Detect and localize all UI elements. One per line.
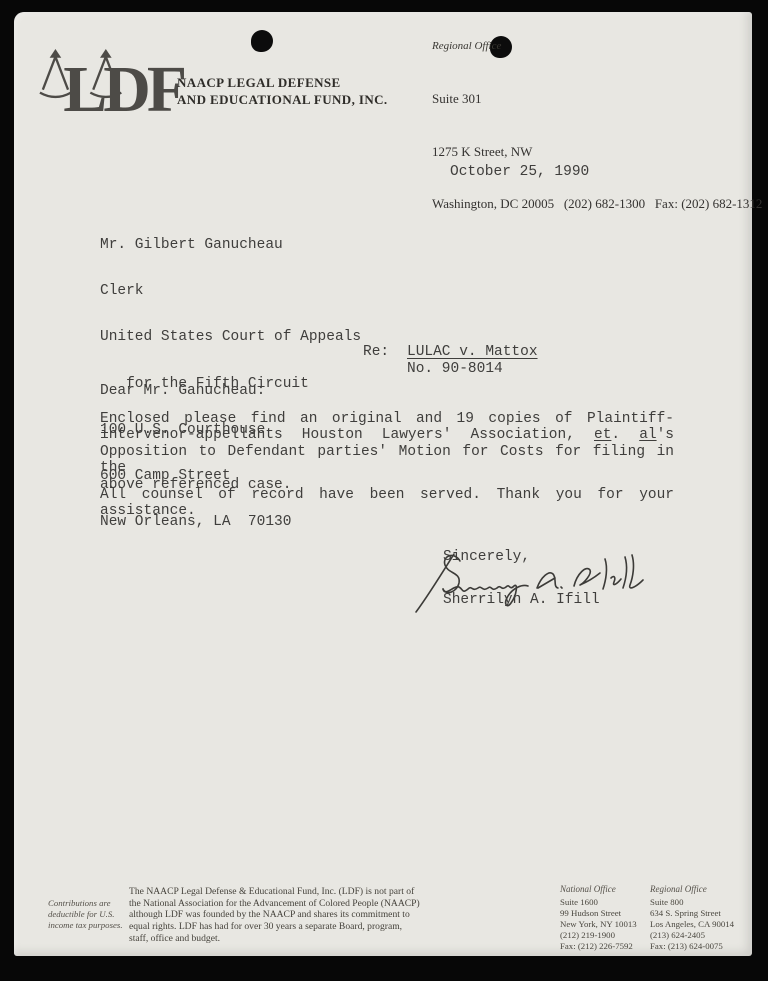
tax-note-line: deductible for U.S. [48, 909, 123, 920]
re-label: Re: [363, 344, 389, 360]
regional-office-fax: Fax: (213) 624-0075 [650, 941, 734, 952]
hole-punch-left [251, 30, 273, 52]
regional-office-street: 1275 K Street, NW [432, 143, 762, 161]
logo-letters: LDF [63, 53, 185, 120]
recipient-title: Clerk [100, 284, 361, 298]
regional-office-suite: Suite 301 [432, 90, 762, 108]
footer-national-office: National Office Suite 1600 99 Hudson Str… [560, 884, 637, 952]
paragraph-line: Opposition to Defendant parties' Motion … [100, 444, 674, 477]
body-paragraph-2: All counsel of record have been served. … [100, 487, 674, 520]
letter-page: LDF NAACP LEGAL DEFENSE AND EDUCATIONAL … [14, 12, 752, 956]
letter-date: October 25, 1990 [450, 164, 589, 180]
scales-of-justice-icon: LDF [38, 42, 193, 120]
salutation: Dear Mr. Ganucheau: [100, 383, 265, 399]
handwritten-signature [412, 546, 670, 621]
national-office-suite: Suite 1600 [560, 897, 637, 908]
regional-office-city-phone: Washington, DC 20005 (202) 682-1300 Fax:… [432, 195, 762, 213]
national-office-fax: Fax: (212) 226-7592 [560, 941, 637, 952]
re-case-number: No. 90-8014 [407, 361, 503, 377]
footer-tax-note: Contributions are deductible for U.S. in… [48, 898, 123, 931]
regional-office-label: Regional Office [432, 40, 762, 52]
org-name-line2: AND EDUCATIONAL FUND, INC. [177, 91, 388, 108]
re-case-name: LULAC v. Mattox [407, 344, 538, 360]
tax-note-line: income tax purposes. [48, 920, 123, 931]
national-office-street: 99 Hudson Street [560, 908, 637, 919]
recipient-name: Mr. Gilbert Ganucheau [100, 238, 361, 252]
regional-office-street: 634 S. Spring Street [650, 908, 734, 919]
footer-regional-office: Regional Office Suite 800 634 S. Spring … [650, 884, 734, 952]
org-name: NAACP LEGAL DEFENSE AND EDUCATIONAL FUND… [177, 74, 388, 108]
regional-office-footer-label: Regional Office [650, 884, 734, 894]
national-office-label: National Office [560, 884, 637, 894]
paragraph-line: assistance. [100, 503, 674, 519]
scanned-letter: LDF NAACP LEGAL DEFENSE AND EDUCATIONAL … [0, 0, 768, 981]
body-paragraph-1: Enclosed please find an original and 19 … [100, 411, 674, 493]
paragraph-line: Enclosed please find an original and 19 … [100, 411, 674, 427]
regional-office-phone: (213) 624-2405 [650, 930, 734, 941]
recipient-court: United States Court of Appeals [100, 330, 361, 344]
typed-signature-name: Sherrilyn A. Ifill [443, 592, 600, 608]
national-office-phone: (212) 219-1900 [560, 930, 637, 941]
regional-office-city: Los Angeles, CA 90014 [650, 919, 734, 930]
ldf-logo: LDF [38, 42, 193, 125]
org-name-line1: NAACP LEGAL DEFENSE [177, 74, 388, 91]
regional-office-header: Regional Office Suite 301 1275 K Street,… [432, 40, 762, 248]
regional-office-suite: Suite 800 [650, 897, 734, 908]
paragraph-line: intervenor-appellants Houston Lawyers' A… [100, 427, 674, 443]
national-office-city: New York, NY 10013 [560, 919, 637, 930]
footer-disclaimer: The NAACP Legal Defense & Educational Fu… [129, 886, 423, 945]
paragraph-line: All counsel of record have been served. … [100, 487, 674, 503]
tax-note-line: Contributions are [48, 898, 123, 909]
